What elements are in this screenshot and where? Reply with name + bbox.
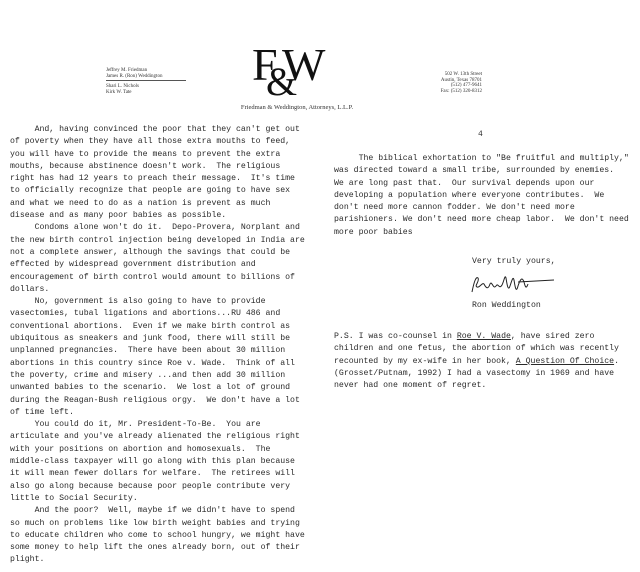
text-line: don't need more cannon fodder. We don't … [334,202,634,214]
text-line: And the poor? Well, maybe if we didn't h… [10,505,310,517]
text-line: effected by widespread government distri… [10,259,310,271]
text-line: middle-class taxpayer will go along with… [10,456,310,468]
text-line: not a complete answer, although the savi… [10,247,310,259]
text-line: also go along because because poor peopl… [10,481,310,493]
text-line: vasectomies, tubal ligations and abortio… [10,308,310,320]
letter-body-left: And, having convinced the poor that they… [10,124,310,567]
text-line: No, government is also going to have to … [10,296,310,308]
text-line: conventional abortions. Even if we make … [10,321,310,333]
closing: Very truly yours, [472,257,556,266]
text-line: ubiquitous as sneakers and junk food, th… [10,333,310,345]
text-line: encouragement of birth control would amo… [10,272,310,284]
page-number: 4 [478,130,483,139]
text-line: it will mean fewer dollars for welfare. … [10,468,310,480]
ps-text: P.S. I was co-counsel in [334,332,457,341]
text-line: of time left. [10,407,310,419]
letter-body-right: The biblical exhortation to "Be fruitful… [334,153,634,239]
text-line: dollars. [10,284,310,296]
letterhead-partners: Jeffrey M. Friedman James R. (Ron) Weddi… [106,68,186,95]
postscript: P.S. I was co-counsel in Roe V. Wade, ha… [334,331,634,392]
case-name: Roe V. Wade [457,332,511,341]
text-line: right has had 12 years to preach their m… [10,173,310,185]
text-line: You could do it, Mr. President-To-Be. Yo… [10,419,310,431]
text-line: unwanted babies to the scenario. We lost… [10,382,310,394]
text-line: We are long past that. Our survival depe… [334,178,634,190]
text-line: the new birth control injection being de… [10,235,310,247]
logo-letter-w: W [282,42,325,88]
text-line: to educate children who come to school h… [10,530,310,542]
signer-name: Ron Weddington [472,301,541,310]
text-line: more poor babies [334,227,634,239]
text-line: little to Social Security. [10,493,310,505]
firm-logo: F & W [252,42,362,102]
text-line: some money to help lift the ones already… [10,542,310,554]
text-line: mouths, because abstinence doesn't work.… [10,161,310,173]
text-line: to officially recognize that people are … [10,185,310,197]
text-line: of poverty when they have all those extr… [10,136,310,148]
letterhead-address: 502 W. 13th Street Austin, Texas 78701 (… [418,72,482,94]
text-line: and what we need to do as a nation is pr… [10,198,310,210]
signature-image [468,272,558,300]
text-line: was directed toward a small tribe, surro… [334,165,634,177]
text-line: developing a population where everyone c… [334,190,634,202]
text-line: you will have to provide the means to pr… [10,149,310,161]
associate-name: Kirk W. Tate [106,90,186,96]
text-line: And, having convinced the poor that they… [10,124,310,136]
text-line: The biblical exhortation to "Be fruitful… [334,153,634,165]
partner-name: James R. (Ron) Weddington [106,74,186,80]
firm-name: Friedman & Weddington, Attorneys, L.L.P. [222,104,372,111]
text-line: articulate and you've already alienated … [10,431,310,443]
text-line: parishioners. We don't need more cheap l… [334,214,634,226]
text-line: Condoms alone won't do it. Depo-Provera,… [10,222,310,234]
text-line: during the Reagan-Bush religious orgy. W… [10,395,310,407]
book-title: A Question Of Choice [516,357,614,366]
text-line: disease and as many poor babies as possi… [10,210,310,222]
text-line: the poverty, crime and misery ...and the… [10,370,310,382]
text-line: unplanned pregnancies. There have been a… [10,345,310,357]
text-line: with your positions on abortion and homo… [10,444,310,456]
text-line: so much on problems like low birth weigh… [10,518,310,530]
text-line: plight. [10,554,310,566]
fax: Fax: (512) 320-8312 [418,89,482,95]
text-line: abortions in this country since Roe v. W… [10,358,310,370]
